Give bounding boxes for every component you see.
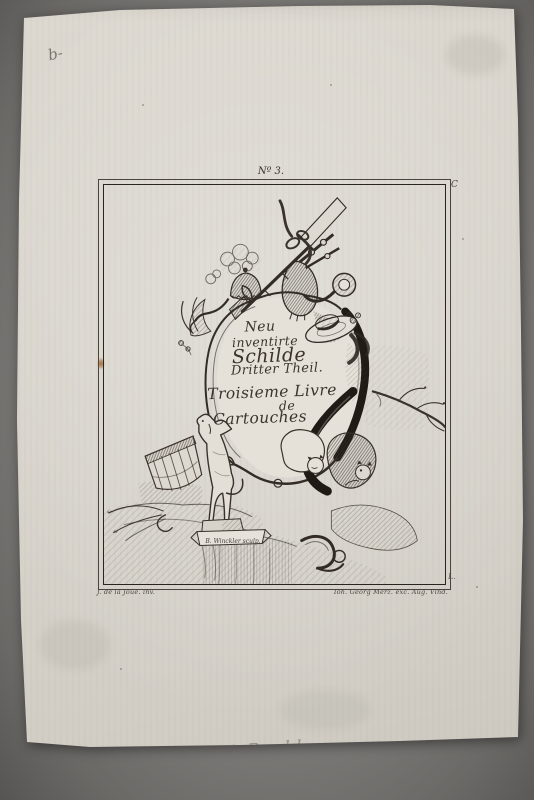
cartouche-title-line: Dritter Theil. [231, 360, 324, 378]
cat-figure [281, 430, 324, 474]
plate-area: Neu inventirte Schilde Dritter Theil. Tr… [103, 184, 446, 585]
series-letter: C [451, 180, 458, 190]
pencil-inventory-mark: b- [46, 44, 64, 65]
paper-stain [280, 690, 370, 730]
engraver-signature: B. Winckler sculp. [205, 538, 260, 545]
paper-stain [40, 620, 110, 670]
paper-stain [445, 35, 505, 75]
paper-shadow: b- Nº 3. C L. [0, 0, 534, 800]
cartouche-subtitle-line: Cartouches [213, 407, 307, 428]
paper-speck [462, 238, 464, 240]
paper-speck [142, 104, 144, 106]
caption-inventor: J. de la Joue. inv. [97, 588, 155, 596]
paper-speck [330, 84, 332, 86]
fox-figure [327, 433, 376, 488]
plate-number: Nº 3. [258, 166, 284, 177]
scan-stage: b- Nº 3. C L. [0, 0, 534, 800]
paper-speck [120, 668, 122, 670]
paper-speck [476, 586, 478, 588]
paper-sheet: b- Nº 3. C L. [0, 0, 534, 800]
acanthus-plume [179, 298, 211, 355]
paper-crease [266, 765, 267, 787]
caption-publisher: Ioh. Georg Merz. exc. Aug. Vind. [334, 588, 448, 596]
collector-signature: A Ruckl [225, 736, 304, 761]
ribbon-bow [280, 201, 311, 264]
